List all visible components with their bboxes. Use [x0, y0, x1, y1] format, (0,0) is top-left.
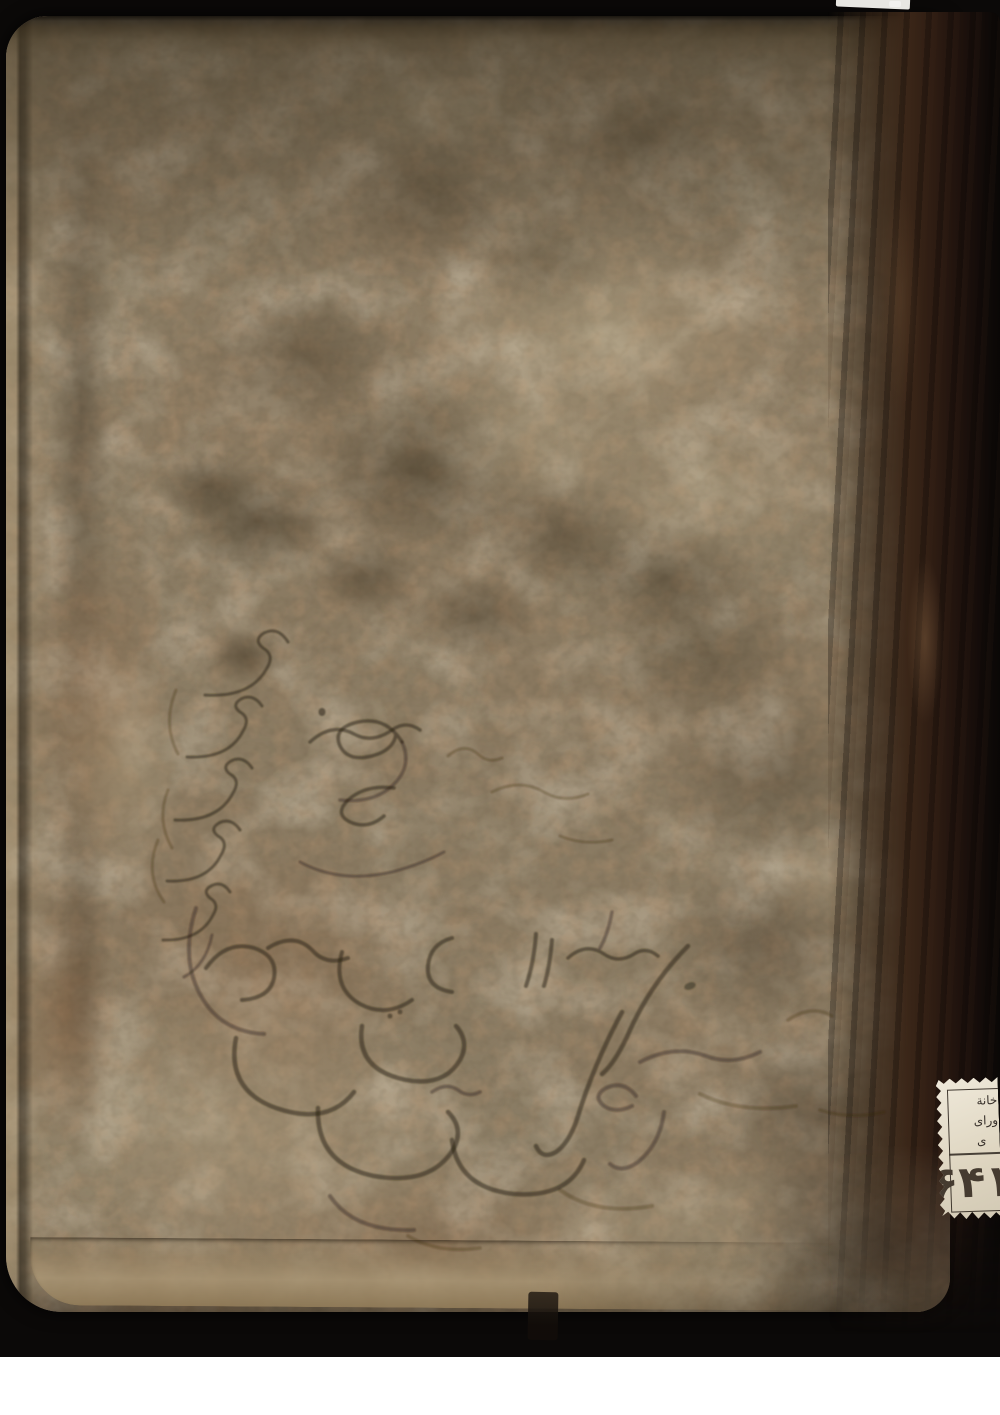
scan-background-bottom: [0, 1357, 1000, 1415]
book-cover: [6, 16, 950, 1312]
stamp-text-line-1: خانة: [949, 1090, 998, 1112]
paper-speck-top: [889, 1, 901, 7]
stamp-text-line-2: ورای: [950, 1110, 999, 1132]
clasp-remnant: [528, 1292, 559, 1341]
cover-shading: [6, 16, 950, 1312]
page-edges: [30, 1237, 860, 1311]
manuscript-photo: خانة ورای ی ۶۴۱: [0, 0, 1000, 1415]
stamp-text: خانة ورای ی: [949, 1090, 999, 1152]
library-stamp-label: خانة ورای ی ۶۴۱: [936, 1077, 1000, 1220]
stamp-number-partial: ۱: [984, 1156, 1000, 1208]
stamp-number-row: ۶۴۱: [945, 1153, 1000, 1213]
stamp-text-line-3: ی: [950, 1130, 999, 1152]
